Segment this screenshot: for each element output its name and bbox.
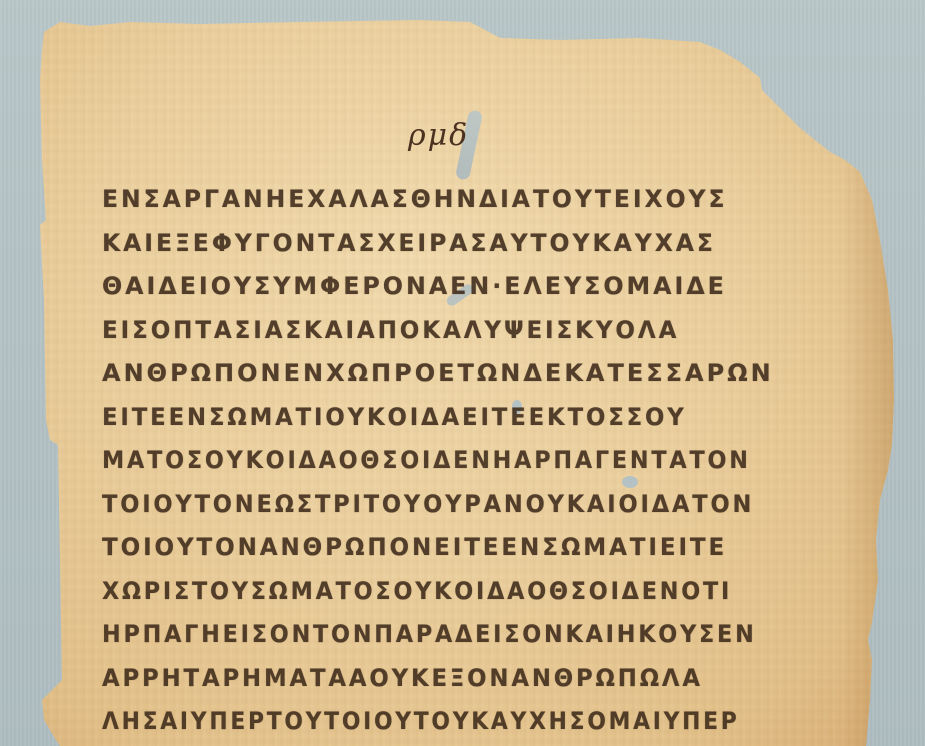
text-line: λησαιυπερτουτοιουτουκαυχησομαιυπερ (102, 700, 739, 744)
text-line: εισοπτασιασκαιαποκαλυψεισκυολα (102, 309, 774, 353)
text-line: αρρηταρηματααουκεξονανθρωπωλα (102, 657, 767, 701)
text-line: θαιδειουσυμφεροναεν·ελευσομαιδε (102, 265, 795, 309)
page-number: ρμδ (408, 118, 469, 153)
text-line: ματοσουκοιδαοθσοιδενηαρπαγεντατον (102, 439, 753, 483)
text-line: ηρπαγηεισοντονπαραδεισονκαιηκουσεν (102, 613, 753, 657)
text-line: ανθρωπονενχωπροετωνδεκατεσσαρων (102, 352, 802, 396)
text-line: τοιουτονεωστριτουουρανουκαιοιδατον (102, 483, 760, 527)
text-line: ενσαργανηεχαλασθηνδιατουτειχους (102, 178, 788, 222)
text-line: ειτεενσωματιουκοιδαειτεεκτοσσου (102, 396, 767, 440)
text-line: χωριστουσωματοσουκοιδαοθσοιδενοτι (102, 570, 753, 614)
text-line: καιεξεφυγοντασχειρασαυτουκαυχασ (102, 222, 788, 266)
manuscript-text: ενσαργανηεχαλασθηνδιατουτειχους καιεξεφυ… (102, 178, 802, 744)
text-line: τοιουτονανθρωπονειτεενσωματιειτε (102, 526, 774, 570)
